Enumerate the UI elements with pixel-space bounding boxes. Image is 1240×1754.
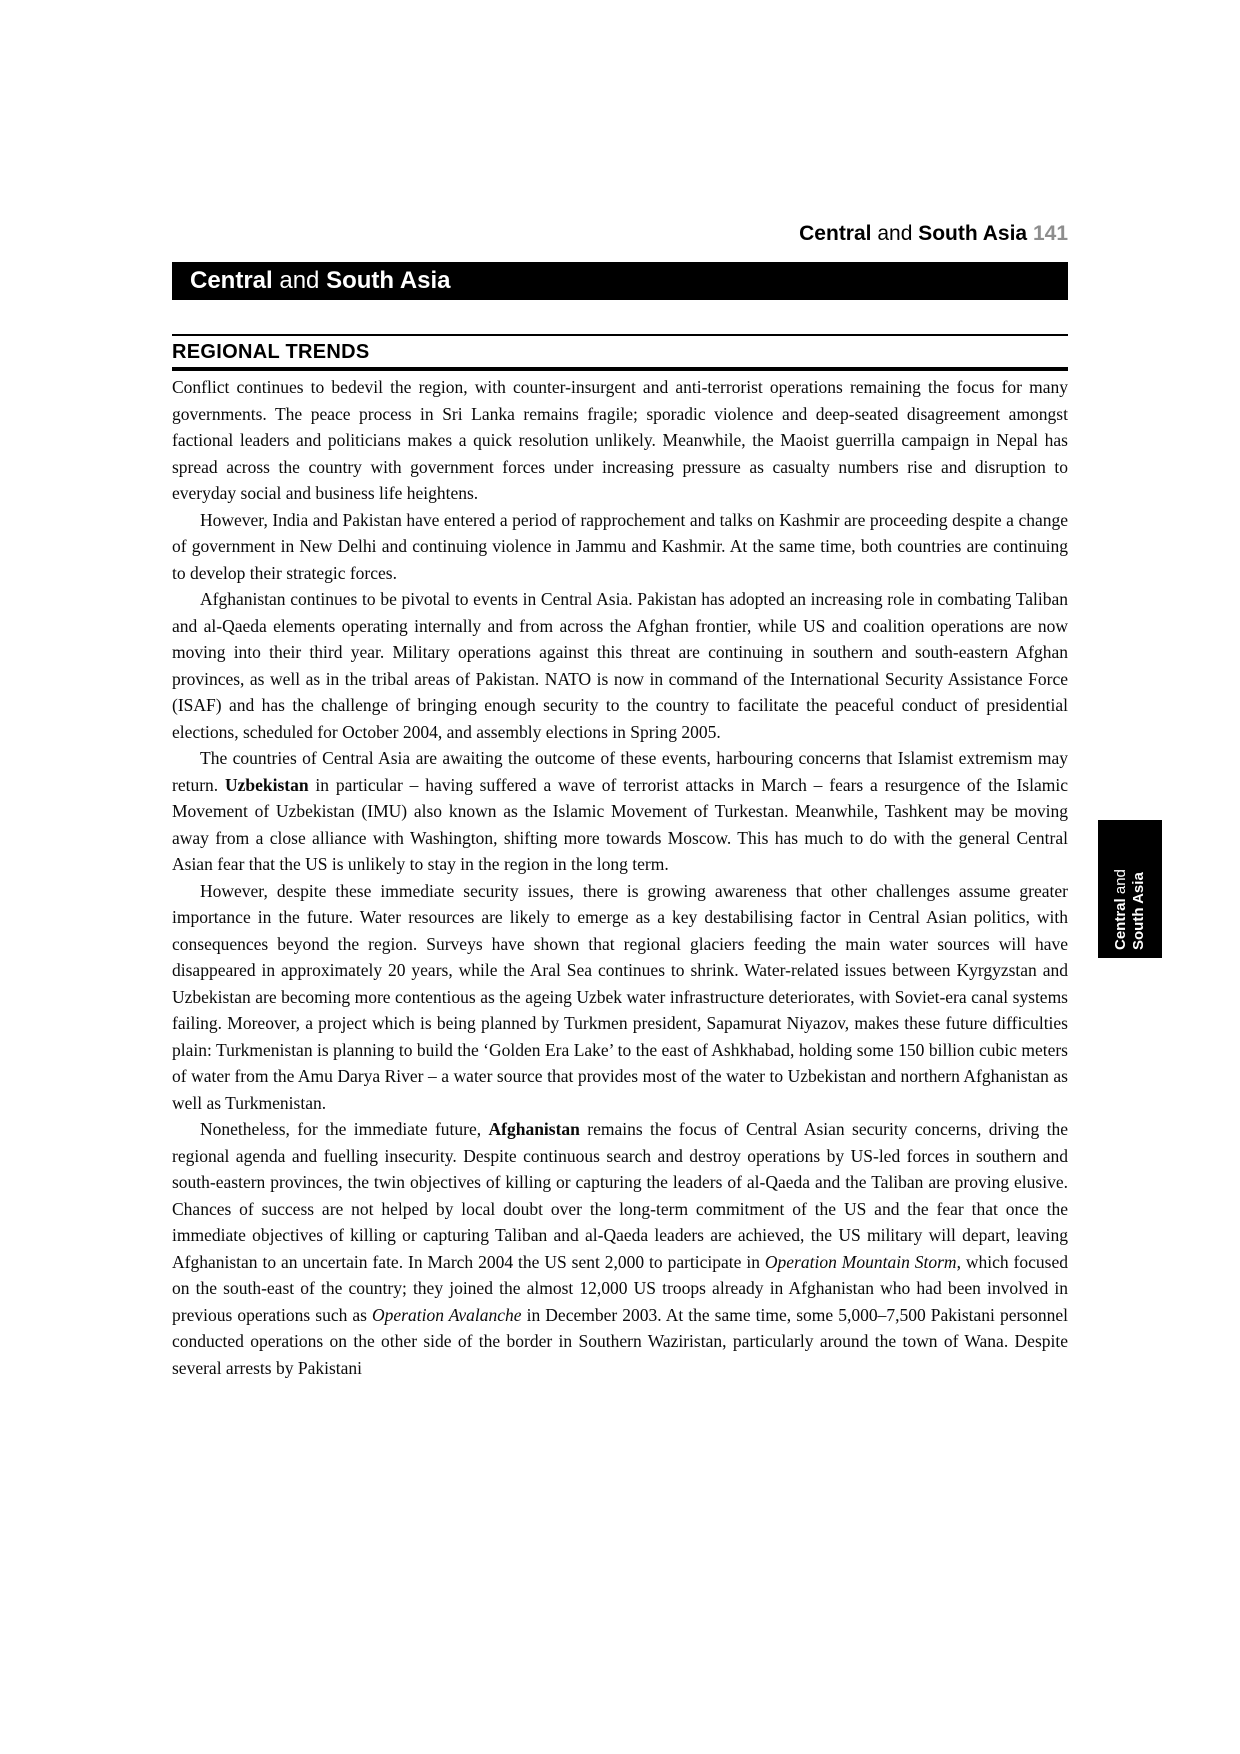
text-segment: Operation Avalanche: [372, 1305, 522, 1325]
text-segment: Uzbekistan: [225, 775, 309, 795]
running-header-region-part2: South Asia: [918, 222, 1027, 245]
side-tab-line1: Central and: [1112, 820, 1130, 950]
article-body: Conflict continues to bedevil the region…: [172, 374, 1068, 1381]
chapter-title-part1: Central: [190, 267, 273, 294]
paragraph: However, despite these immediate securit…: [172, 878, 1068, 1117]
section-heading: REGIONAL TRENDS: [172, 340, 1068, 364]
text-segment: Afghanistan continues to be pivotal to e…: [172, 589, 1068, 742]
running-header-connector: and: [872, 222, 919, 245]
text-segment: Conflict continues to bedevil the region…: [172, 377, 1068, 503]
running-header: Central and South Asia 141: [172, 220, 1068, 248]
chapter-title-connector: and: [273, 267, 326, 294]
text-segment: However, despite these immediate securit…: [172, 881, 1068, 1113]
paragraph: The countries of Central Asia are awaiti…: [172, 745, 1068, 878]
paragraph: Conflict continues to bedevil the region…: [172, 374, 1068, 507]
chapter-title-part2: South Asia: [326, 267, 450, 294]
side-tab: Central and South Asia: [1098, 820, 1162, 958]
side-tab-label: Central and South Asia: [1098, 820, 1162, 958]
book-page: Central and South Asia 141 Central and S…: [0, 0, 1240, 1754]
paragraph: Nonetheless, for the immediate future, A…: [172, 1116, 1068, 1381]
page-number: 141: [1027, 222, 1068, 245]
text-segment: remains the focus of Central Asian secur…: [172, 1119, 1068, 1272]
paragraph: Afghanistan continues to be pivotal to e…: [172, 586, 1068, 745]
running-header-region-part1: Central: [799, 222, 871, 245]
side-tab-line1-bold: Central: [1112, 898, 1129, 950]
heading-rule: [172, 367, 1068, 371]
side-tab-line2: South Asia: [1130, 820, 1148, 950]
chapter-title-bar: Central and South Asia: [172, 262, 1068, 300]
text-segment: Operation Mountain Storm: [765, 1252, 957, 1272]
text-segment: Nonetheless, for the immediate future,: [200, 1119, 489, 1139]
section-heading-block: REGIONAL TRENDS: [172, 334, 1068, 371]
text-segment: However, India and Pakistan have entered…: [172, 510, 1068, 583]
side-tab-line1-regular: and: [1112, 869, 1129, 898]
text-segment: Afghanistan: [489, 1119, 580, 1139]
paragraph: However, India and Pakistan have entered…: [172, 507, 1068, 587]
